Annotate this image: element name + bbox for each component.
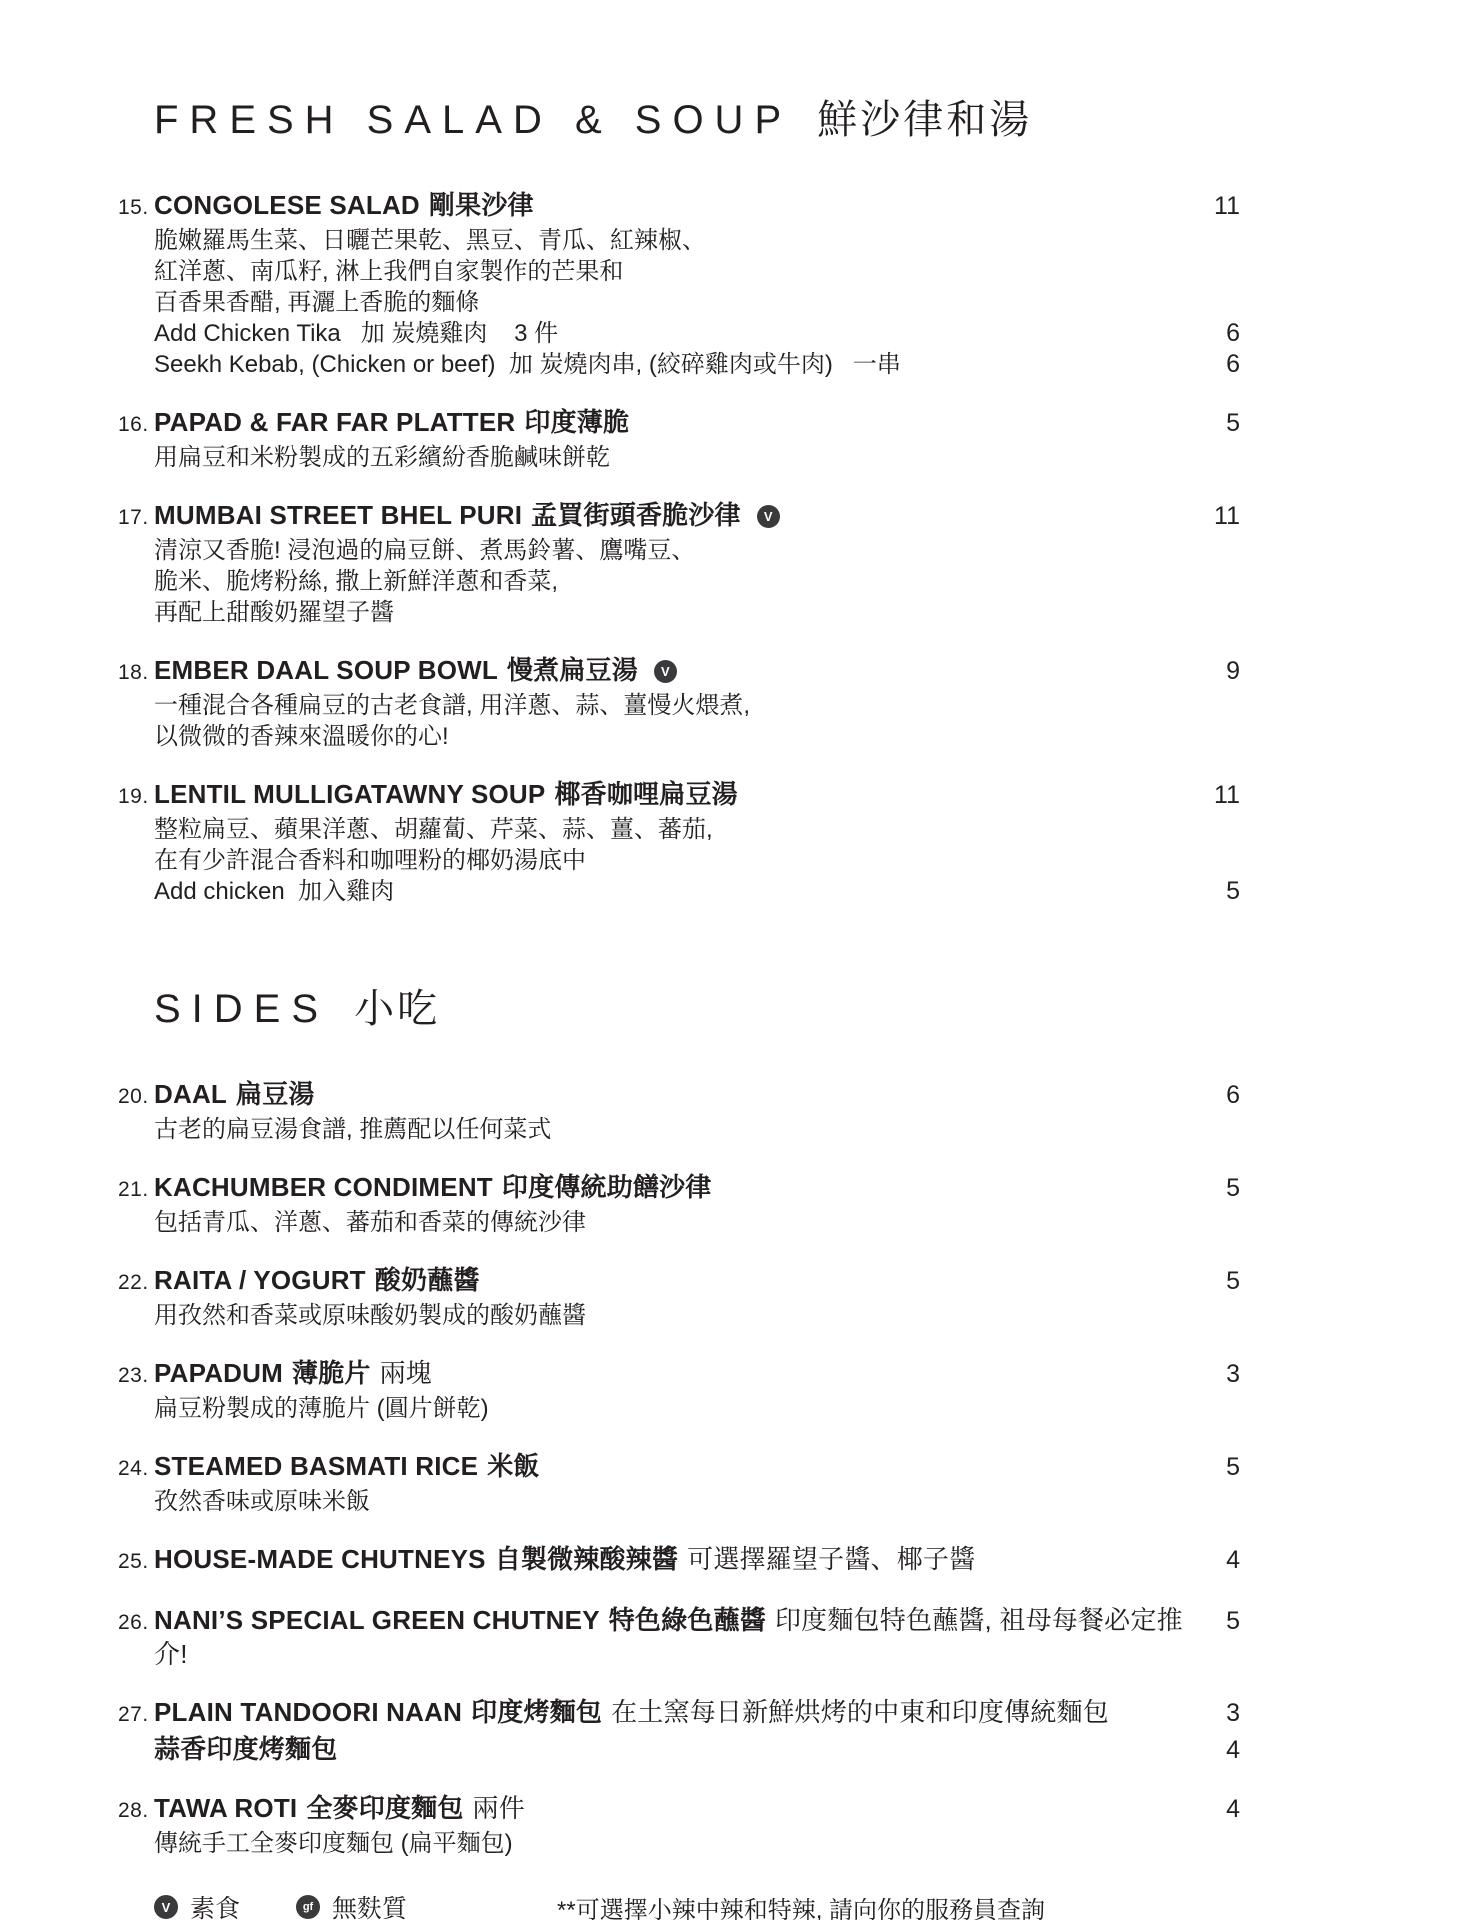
- item-name: RAITA / YOGURT酸奶蘸醬: [154, 1263, 1188, 1297]
- menu-item-17: 17. MUMBAI STREET BHEL PURI孟買街頭香脆沙律V 11 …: [118, 498, 1240, 628]
- item-price: 4: [1188, 1792, 1240, 1826]
- section-title-en: FRESH SALAD & SOUP: [154, 98, 792, 142]
- item-name: CONGOLESE SALAD剛果沙律: [154, 188, 1188, 222]
- section-title: FRESH SALAD & SOUP 鮮沙律和湯: [154, 96, 1240, 144]
- item-name-zh: 薄脆片: [292, 1358, 371, 1388]
- menu-item-25: 25. HOUSE-MADE CHUTNEYS自製微辣酸辣醬可選擇羅望子醬、椰子…: [118, 1542, 1240, 1579]
- item-price: 9: [1188, 654, 1240, 688]
- item-name-en: TAWA ROTI: [154, 1793, 297, 1823]
- item-description: 用扁豆和米粉製成的五彩繽紛香脆鹹味餅乾: [154, 442, 1240, 473]
- item-name: DAAL扁豆湯: [154, 1077, 1188, 1111]
- addon-price: 6: [1188, 318, 1240, 349]
- description-line: 清涼又香脆! 浸泡過的扁豆餅、煮馬鈴薯、鷹嘴豆、: [154, 535, 1240, 566]
- description-line: 脆米、脆烤粉絲, 撒上新鮮洋蔥和香菜,: [154, 566, 1240, 597]
- description-line: 傳統手工全麥印度麵包 (扁平麵包): [154, 1828, 1240, 1859]
- item-name-en: NANI’S SPECIAL GREEN CHUTNEY: [154, 1605, 600, 1635]
- description-line: 用孜然和香菜或原味酸奶製成的酸奶蘸醬: [154, 1300, 1240, 1331]
- item-number: 18.: [118, 656, 154, 690]
- item-heading-row: 27. PLAIN TANDOORI NAAN印度烤麵包在土窯每日新鮮烘烤的中東…: [118, 1695, 1240, 1732]
- description-line: 紅洋蔥、南瓜籽, 淋上我們自家製作的芒果和: [154, 256, 1240, 287]
- addon-text: Seekh Kebab, (Chicken or beef) 加 炭燒肉串, (…: [154, 349, 1188, 380]
- item-addon: Seekh Kebab, (Chicken or beef) 加 炭燒肉串, (…: [154, 349, 1240, 380]
- menu-item-27: 27. PLAIN TANDOORI NAAN印度烤麵包在土窯每日新鮮烘烤的中東…: [118, 1695, 1240, 1767]
- item-number: 25.: [118, 1545, 154, 1579]
- description-line: 百香果香醋, 再灑上香脆的麵條: [154, 287, 1240, 318]
- item-price: 5: [1188, 1171, 1240, 1205]
- item-addon: Add Chicken Tika 加 炭燒雞肉 3 件 6: [154, 318, 1240, 349]
- item-variant-price: 4: [1188, 1733, 1240, 1767]
- description-line: 脆嫩羅馬生菜、日曬芒果乾、黑豆、青瓜、紅辣椒、: [154, 225, 1240, 256]
- item-description: 扁豆粉製成的薄脆片 (圓片餅乾): [154, 1393, 1240, 1424]
- legend-gluten-free: gf 無麩質: [296, 1889, 407, 1920]
- description-line: 在有少許混合香料和咖哩粉的椰奶湯底中: [154, 845, 1240, 876]
- item-heading-row: 24. STEAMED BASMATI RICE米飯 5: [118, 1449, 1240, 1486]
- item-name-zh: 慢煮扁豆湯: [507, 655, 638, 685]
- item-name-zh: 椰香咖哩扁豆湯: [554, 779, 737, 809]
- item-description: 整粒扁豆、蘋果洋蔥、胡蘿蔔、芹菜、蒜、薑、蕃茄, 在有少許混合香料和咖哩粉的椰奶…: [154, 814, 1240, 876]
- item-name-zh: 扁豆湯: [236, 1079, 315, 1109]
- menu-item-24: 24. STEAMED BASMATI RICE米飯 5 孜然香味或原味米飯: [118, 1449, 1240, 1517]
- description-line: 整粒扁豆、蘋果洋蔥、胡蘿蔔、芹菜、蒜、薑、蕃茄,: [154, 814, 1240, 845]
- item-number: 27.: [118, 1698, 154, 1732]
- item-name-zh: 全麥印度麵包: [306, 1793, 463, 1823]
- item-heading-row: 26. NANI’S SPECIAL GREEN CHUTNEY特色綠色蘸醬印度…: [118, 1603, 1240, 1671]
- item-name-zh: 米飯: [487, 1451, 539, 1481]
- description-line: 以微微的香辣來溫暖你的心!: [154, 721, 1240, 752]
- item-name: PLAIN TANDOORI NAAN印度烤麵包在土窯每日新鮮烘烤的中東和印度傳…: [154, 1695, 1188, 1729]
- item-inline-description: 可選擇羅望子醬、椰子醬: [687, 1544, 975, 1574]
- item-name: HOUSE-MADE CHUTNEYS自製微辣酸辣醬可選擇羅望子醬、椰子醬: [154, 1542, 1188, 1576]
- item-name-en: RAITA / YOGURT: [154, 1265, 366, 1295]
- item-price: 11: [1188, 499, 1240, 533]
- item-heading-row: 25. HOUSE-MADE CHUTNEYS自製微辣酸辣醬可選擇羅望子醬、椰子…: [118, 1542, 1240, 1579]
- section-sides: SIDES 小吃 20. DAAL扁豆湯 6 古老的扁豆湯食譜, 推薦配以任何菜…: [118, 985, 1240, 1859]
- item-variant-name: 蒜香印度烤麵包: [154, 1732, 1188, 1766]
- section-fresh-salad-soup: FRESH SALAD & SOUP 鮮沙律和湯 15. CONGOLESE S…: [118, 96, 1240, 907]
- item-name-en: CONGOLESE SALAD: [154, 190, 420, 220]
- item-name-en: LENTIL MULLIGATAWNY SOUP: [154, 779, 545, 809]
- addon-price: 6: [1188, 349, 1240, 380]
- item-name-zh: 剛果沙律: [429, 190, 534, 220]
- vegetarian-icon: V: [154, 1895, 178, 1919]
- item-description: 包括青瓜、洋蔥、蕃茄和香菜的傳統沙律: [154, 1207, 1240, 1238]
- menu-item-20: 20. DAAL扁豆湯 6 古老的扁豆湯食譜, 推薦配以任何菜式: [118, 1077, 1240, 1145]
- item-name-en: PLAIN TANDOORI NAAN: [154, 1697, 462, 1727]
- section-title-zh: 鮮沙律和湯: [817, 98, 1032, 142]
- item-number: 16.: [118, 408, 154, 442]
- item-portion: 兩件: [473, 1793, 525, 1823]
- item-heading-row: 15. CONGOLESE SALAD剛果沙律 11: [118, 188, 1240, 225]
- item-price: 5: [1188, 406, 1240, 440]
- item-heading-row: 18. EMBER DAAL SOUP BOWL慢煮扁豆湯V 9: [118, 653, 1240, 690]
- addon-price: 5: [1188, 876, 1240, 907]
- item-description: 古老的扁豆湯食譜, 推薦配以任何菜式: [154, 1114, 1240, 1145]
- item-heading-row: 20. DAAL扁豆湯 6: [118, 1077, 1240, 1114]
- section-title-zh: 小吃: [354, 987, 440, 1031]
- item-name: PAPADUM薄脆片兩塊: [154, 1356, 1188, 1390]
- legend-vegetarian: V 素食: [154, 1889, 240, 1920]
- item-description: 用孜然和香菜或原味酸奶製成的酸奶蘸醬: [154, 1300, 1240, 1331]
- item-variant-row: 蒜香印度烤麵包 4: [118, 1732, 1240, 1767]
- spice-level-note: **可選擇小辣中辣和特辣, 請向你的服務員查詢: [557, 1890, 1045, 1920]
- item-number: 17.: [118, 501, 154, 535]
- item-price: 6: [1188, 1078, 1240, 1112]
- item-name-en: STEAMED BASMATI RICE: [154, 1451, 478, 1481]
- item-name-en: EMBER DAAL SOUP BOWL: [154, 655, 498, 685]
- menu-item-21: 21. KACHUMBER CONDIMENT印度傳統助饍沙律 5 包括青瓜、洋…: [118, 1170, 1240, 1238]
- item-number: 19.: [118, 780, 154, 814]
- item-heading-row: 22. RAITA / YOGURT酸奶蘸醬 5: [118, 1263, 1240, 1300]
- item-number: 22.: [118, 1266, 154, 1300]
- section-title: SIDES 小吃: [154, 985, 1240, 1033]
- vegetarian-icon: V: [654, 660, 677, 683]
- section-title-en: SIDES: [154, 987, 329, 1031]
- menu-item-15: 15. CONGOLESE SALAD剛果沙律 11 脆嫩羅馬生菜、日曬芒果乾、…: [118, 188, 1240, 380]
- item-price: 11: [1188, 189, 1240, 223]
- item-heading-row: 23. PAPADUM薄脆片兩塊 3: [118, 1356, 1240, 1393]
- item-description: 脆嫩羅馬生菜、日曬芒果乾、黑豆、青瓜、紅辣椒、 紅洋蔥、南瓜籽, 淋上我們自家製…: [154, 225, 1240, 318]
- item-description: 孜然香味或原味米飯: [154, 1486, 1240, 1517]
- item-name: LENTIL MULLIGATAWNY SOUP椰香咖哩扁豆湯: [154, 777, 1188, 811]
- description-line: 扁豆粉製成的薄脆片 (圓片餅乾): [154, 1393, 1240, 1424]
- menu-item-23: 23. PAPADUM薄脆片兩塊 3 扁豆粉製成的薄脆片 (圓片餅乾): [118, 1356, 1240, 1424]
- item-heading-row: 28. TAWA ROTI全麥印度麵包兩件 4: [118, 1791, 1240, 1828]
- item-number: 21.: [118, 1173, 154, 1207]
- item-price: 5: [1188, 1264, 1240, 1298]
- item-price: 5: [1188, 1450, 1240, 1484]
- item-price: 11: [1188, 778, 1240, 812]
- item-number: 26.: [118, 1606, 154, 1640]
- item-inline-description: 在土窯每日新鮮烘烤的中東和印度傳統麵包: [611, 1697, 1109, 1727]
- addon-text: Add Chicken Tika 加 炭燒雞肉 3 件: [154, 318, 1188, 349]
- vegetarian-label: 素食: [190, 1889, 240, 1920]
- menu-item-19: 19. LENTIL MULLIGATAWNY SOUP椰香咖哩扁豆湯 11 整…: [118, 777, 1240, 907]
- item-name-zh: 印度烤麵包: [471, 1697, 602, 1727]
- item-number: 28.: [118, 1794, 154, 1828]
- menu-item-22: 22. RAITA / YOGURT酸奶蘸醬 5 用孜然和香菜或原味酸奶製成的酸…: [118, 1263, 1240, 1331]
- item-price: 3: [1188, 1357, 1240, 1391]
- item-description: 一種混合各種扁豆的古老食譜, 用洋蔥、蒜、薑慢火煨煮, 以微微的香辣來溫暖你的心…: [154, 690, 1240, 752]
- item-number: 24.: [118, 1452, 154, 1486]
- item-portion: 兩塊: [380, 1358, 432, 1388]
- item-name: EMBER DAAL SOUP BOWL慢煮扁豆湯V: [154, 653, 1188, 687]
- menu-item-18: 18. EMBER DAAL SOUP BOWL慢煮扁豆湯V 9 一種混合各種扁…: [118, 653, 1240, 752]
- item-name-zh: 自製微辣酸辣醬: [495, 1544, 678, 1574]
- item-name: STEAMED BASMATI RICE米飯: [154, 1449, 1188, 1483]
- item-name-zh: 酸奶蘸醬: [375, 1265, 480, 1295]
- item-name-en: DAAL: [154, 1079, 227, 1109]
- item-number: 23.: [118, 1359, 154, 1393]
- item-name: TAWA ROTI全麥印度麵包兩件: [154, 1791, 1188, 1825]
- item-name: KACHUMBER CONDIMENT印度傳統助饍沙律: [154, 1170, 1188, 1204]
- item-heading-row: 17. MUMBAI STREET BHEL PURI孟買街頭香脆沙律V 11: [118, 498, 1240, 535]
- item-price: 4: [1188, 1543, 1240, 1577]
- item-name-zh: 印度薄脆: [524, 407, 629, 437]
- vegetarian-icon: V: [757, 505, 780, 528]
- description-line: 古老的扁豆湯食譜, 推薦配以任何菜式: [154, 1114, 1240, 1145]
- item-addon: Add chicken 加入雞肉 5: [154, 876, 1240, 907]
- item-name-en: MUMBAI STREET BHEL PURI: [154, 500, 522, 530]
- item-name: NANI’S SPECIAL GREEN CHUTNEY特色綠色蘸醬印度麵包特色…: [154, 1603, 1188, 1671]
- menu-item-26: 26. NANI’S SPECIAL GREEN CHUTNEY特色綠色蘸醬印度…: [118, 1603, 1240, 1671]
- item-name-zh: 印度傳統助饍沙律: [502, 1172, 712, 1202]
- item-heading-row: 19. LENTIL MULLIGATAWNY SOUP椰香咖哩扁豆湯 11: [118, 777, 1240, 814]
- description-line: 包括青瓜、洋蔥、蕃茄和香菜的傳統沙律: [154, 1207, 1240, 1238]
- item-number: 15.: [118, 191, 154, 225]
- addon-text: Add chicken 加入雞肉: [154, 876, 1188, 907]
- gluten-free-icon: gf: [296, 1895, 320, 1919]
- item-name: PAPAD & FAR FAR PLATTER印度薄脆: [154, 405, 1188, 439]
- item-price: 5: [1188, 1604, 1240, 1638]
- item-heading-row: 21. KACHUMBER CONDIMENT印度傳統助饍沙律 5: [118, 1170, 1240, 1207]
- item-name-en: KACHUMBER CONDIMENT: [154, 1172, 493, 1202]
- legend: V 素食 gf 無麩質 **可選擇小辣中辣和特辣, 請向你的服務員查詢: [154, 1889, 1240, 1920]
- item-description: 傳統手工全麥印度麵包 (扁平麵包): [154, 1828, 1240, 1859]
- menu-page: FRESH SALAD & SOUP 鮮沙律和湯 15. CONGOLESE S…: [0, 0, 1484, 1920]
- menu-item-16: 16. PAPAD & FAR FAR PLATTER印度薄脆 5 用扁豆和米粉…: [118, 405, 1240, 473]
- item-number: 20.: [118, 1080, 154, 1114]
- gluten-free-label: 無麩質: [332, 1889, 407, 1920]
- description-line: 用扁豆和米粉製成的五彩繽紛香脆鹹味餅乾: [154, 442, 1240, 473]
- description-line: 孜然香味或原味米飯: [154, 1486, 1240, 1517]
- item-name-en: HOUSE-MADE CHUTNEYS: [154, 1544, 486, 1574]
- item-name-zh: 孟買街頭香脆沙律: [531, 500, 741, 530]
- item-name-zh: 特色綠色蘸醬: [609, 1605, 766, 1635]
- item-description: 清涼又香脆! 浸泡過的扁豆餅、煮馬鈴薯、鷹嘴豆、 脆米、脆烤粉絲, 撒上新鮮洋蔥…: [154, 535, 1240, 628]
- description-line: 一種混合各種扁豆的古老食譜, 用洋蔥、蒜、薑慢火煨煮,: [154, 690, 1240, 721]
- item-name-en: PAPAD & FAR FAR PLATTER: [154, 407, 515, 437]
- item-price: 3: [1188, 1696, 1240, 1730]
- item-name: MUMBAI STREET BHEL PURI孟買街頭香脆沙律V: [154, 498, 1188, 532]
- item-heading-row: 16. PAPAD & FAR FAR PLATTER印度薄脆 5: [118, 405, 1240, 442]
- menu-item-28: 28. TAWA ROTI全麥印度麵包兩件 4 傳統手工全麥印度麵包 (扁平麵包…: [118, 1791, 1240, 1859]
- item-name-en: PAPADUM: [154, 1358, 283, 1388]
- description-line: 再配上甜酸奶羅望子醬: [154, 597, 1240, 628]
